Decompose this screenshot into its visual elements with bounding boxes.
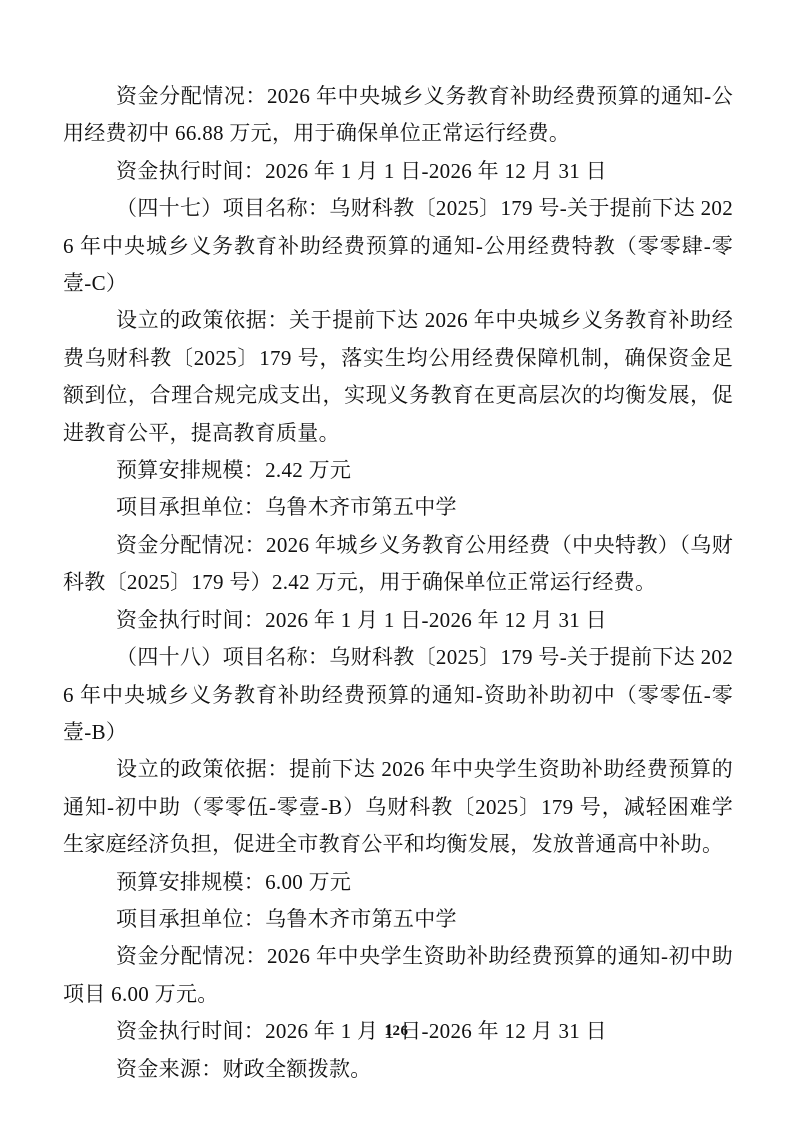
document-page: 资金分配情况：2026 年中央城乡义务教育补助经费预算的通知-公用经费初中 66…	[0, 0, 793, 1122]
page-footer: 126	[0, 1022, 793, 1040]
paragraph-2: 资金执行时间：2026 年 1 月 1 日-2026 年 12 月 31 日	[63, 153, 733, 190]
paragraph-4: 设立的政策依据：关于提前下达 2026 年中央城乡义务教育补助经费乌财科教〔20…	[63, 302, 733, 452]
paragraph-8: 资金执行时间：2026 年 1 月 1 日-2026 年 12 月 31 日	[63, 602, 733, 639]
paragraph-7: 资金分配情况：2026 年城乡义务教育公用经费（中央特教）（乌财科教〔2025〕…	[63, 527, 733, 602]
paragraph-9: （四十八）项目名称：乌财科教〔2025〕179 号-关于提前下达 2026 年中…	[63, 639, 733, 751]
paragraph-1: 资金分配情况：2026 年中央城乡义务教育补助经费预算的通知-公用经费初中 66…	[63, 78, 733, 153]
paragraph-6: 项目承担单位：乌鲁木齐市第五中学	[63, 489, 733, 526]
paragraph-12: 项目承担单位：乌鲁木齐市第五中学	[63, 901, 733, 938]
paragraph-3: （四十七）项目名称：乌财科教〔2025〕179 号-关于提前下达 2026 年中…	[63, 190, 733, 302]
paragraph-5: 预算安排规模：2.42 万元	[63, 452, 733, 489]
paragraph-13: 资金分配情况：2026 年中央学生资助补助经费预算的通知-初中助项目 6.00 …	[63, 938, 733, 1013]
page-number: 126	[385, 1023, 409, 1039]
document-body: 资金分配情况：2026 年中央城乡义务教育补助经费预算的通知-公用经费初中 66…	[63, 78, 733, 1088]
paragraph-10: 设立的政策依据：提前下达 2026 年中央学生资助补助经费预算的通知-初中助（零…	[63, 751, 733, 863]
paragraph-15: 资金来源：财政全额拨款。	[63, 1051, 733, 1088]
paragraph-11: 预算安排规模：6.00 万元	[63, 864, 733, 901]
